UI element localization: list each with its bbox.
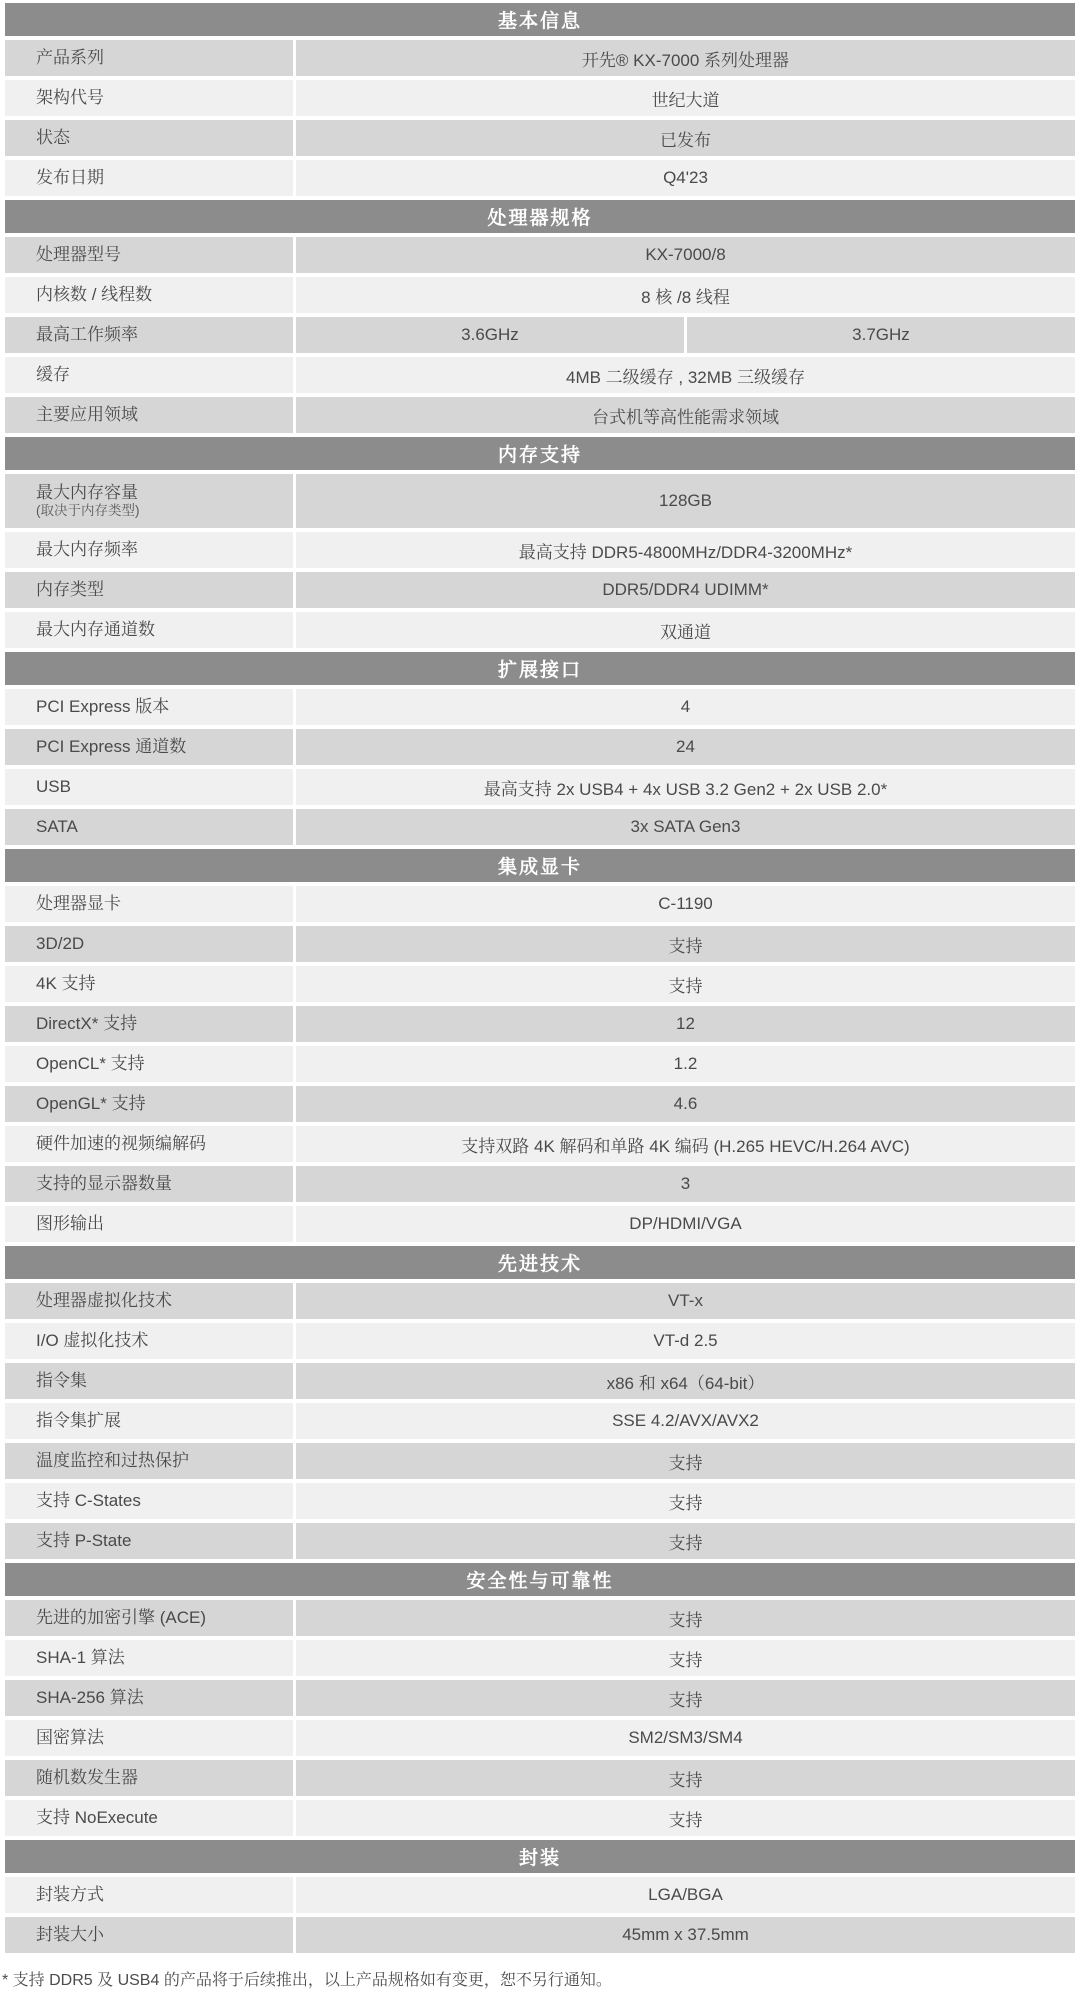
row-label: 支持 P-State	[36, 1530, 293, 1551]
section-title: 安全性与可靠性	[466, 1566, 613, 1593]
row-label: 主要应用领域	[36, 404, 293, 425]
row-label: USB	[36, 776, 293, 797]
spec-row: 封装方式LGA/BGA	[5, 1877, 1075, 1913]
spec-row: 架构代号世纪大道	[5, 80, 1075, 116]
row-value-cell: 45mm x 37.5mm	[296, 1917, 1075, 1953]
row-label: 国密算法	[36, 1727, 293, 1748]
row-label-cell: PCI Express 版本	[5, 689, 293, 725]
row-value-cell: 支持	[296, 926, 1075, 962]
row-label-cell: 先进的加密引擎 (ACE)	[5, 1600, 293, 1636]
spec-row: 封装大小45mm x 37.5mm	[5, 1917, 1075, 1953]
row-value-cell: LGA/BGA	[296, 1877, 1075, 1913]
row-value-cell: 支持	[296, 1760, 1075, 1796]
row-value-cell: 3x SATA Gen3	[296, 809, 1075, 845]
row-label: 先进的加密引擎 (ACE)	[36, 1607, 293, 1628]
row-value-cell: 最高支持 2x USB4 + 4x USB 3.2 Gen2 + 2x USB …	[296, 769, 1075, 805]
row-label: SHA-256 算法	[36, 1687, 293, 1708]
row-label: 产品系列	[36, 47, 293, 68]
section-header: 安全性与可靠性	[5, 1563, 1075, 1596]
row-label-cell: SHA-1 算法	[5, 1640, 293, 1676]
spec-row: 主要应用领域台式机等高性能需求领域	[5, 397, 1075, 433]
spec-row: PCI Express 版本4	[5, 689, 1075, 725]
row-value-cell: 支持	[296, 1483, 1075, 1519]
spec-row: 最大内存频率最高支持 DDR5-4800MHz/DDR4-3200MHz*	[5, 532, 1075, 568]
section-title: 集成显卡	[498, 852, 582, 879]
spec-row: 处理器显卡C-1190	[5, 886, 1075, 922]
row-label-cell: DirectX* 支持	[5, 1006, 293, 1042]
row-label: PCI Express 通道数	[36, 736, 293, 757]
spec-table: 基本信息产品系列开先® KX-7000 系列处理器架构代号世纪大道状态已发布发布…	[5, 3, 1075, 1953]
row-value-cell: 支持	[296, 1680, 1075, 1716]
row-value-cell: 24	[296, 729, 1075, 765]
row-label-cell: 支持 NoExecute	[5, 1800, 293, 1836]
row-value-cell: 支持	[296, 966, 1075, 1002]
row-label-cell: I/O 虚拟化技术	[5, 1323, 293, 1359]
spec-row: 内核数 / 线程数8 核 /8 线程	[5, 277, 1075, 313]
section-header: 基本信息	[5, 3, 1075, 36]
section-header: 内存支持	[5, 437, 1075, 470]
row-label-cell: 最大内存频率	[5, 532, 293, 568]
row-label: 处理器型号	[36, 244, 293, 265]
spec-row: 缓存4MB 二级缓存 , 32MB 三级缓存	[5, 357, 1075, 393]
spec-row: 内存类型DDR5/DDR4 UDIMM*	[5, 572, 1075, 608]
section-header: 集成显卡	[5, 849, 1075, 882]
section-title: 内存支持	[498, 440, 582, 467]
row-value-cell: 最高支持 DDR5-4800MHz/DDR4-3200MHz*	[296, 532, 1075, 568]
row-label: 封装方式	[36, 1884, 293, 1905]
row-value-cell: 4MB 二级缓存 , 32MB 三级缓存	[296, 357, 1075, 393]
spec-sheet-page: 基本信息产品系列开先® KX-7000 系列处理器架构代号世纪大道状态已发布发布…	[0, 0, 1080, 2000]
row-value-cell: 台式机等高性能需求领域	[296, 397, 1075, 433]
section-header: 封装	[5, 1840, 1075, 1873]
row-label-cell: 产品系列	[5, 40, 293, 76]
row-label-cell: 状态	[5, 120, 293, 156]
row-label-cell: 温度监控和过热保护	[5, 1443, 293, 1479]
row-label: 处理器虚拟化技术	[36, 1290, 293, 1311]
row-label: 架构代号	[36, 87, 293, 108]
row-label: 最大内存频率	[36, 539, 293, 560]
spec-row: 4K 支持支持	[5, 966, 1075, 1002]
row-label: 最大内存容量	[36, 482, 293, 503]
row-value-cell: 3.6GHz	[296, 317, 684, 353]
row-label-cell: USB	[5, 769, 293, 805]
spec-row: USB最高支持 2x USB4 + 4x USB 3.2 Gen2 + 2x U…	[5, 769, 1075, 805]
spec-row: 支持的显示器数量3	[5, 1166, 1075, 1202]
spec-row: 3D/2D支持	[5, 926, 1075, 962]
spec-row: 随机数发生器支持	[5, 1760, 1075, 1796]
row-label-cell: SHA-256 算法	[5, 1680, 293, 1716]
row-label-cell: 架构代号	[5, 80, 293, 116]
row-label-cell: 支持 P-State	[5, 1523, 293, 1559]
row-label-cell: 图形输出	[5, 1206, 293, 1242]
row-label-cell: 硬件加速的视频编解码	[5, 1126, 293, 1162]
spec-row: SATA3x SATA Gen3	[5, 809, 1075, 845]
row-label-cell: 最大内存通道数	[5, 612, 293, 648]
row-label-cell: 最高工作频率	[5, 317, 293, 353]
row-label-cell: 随机数发生器	[5, 1760, 293, 1796]
row-label: 指令集	[36, 1370, 293, 1391]
row-label: 图形输出	[36, 1213, 293, 1234]
row-label-cell: 封装大小	[5, 1917, 293, 1953]
spec-row: 最大内存容量(取决于内存类型)128GB	[5, 474, 1075, 528]
row-label: 3D/2D	[36, 933, 293, 954]
spec-row: I/O 虚拟化技术VT-d 2.5	[5, 1323, 1075, 1359]
spec-row: PCI Express 通道数24	[5, 729, 1075, 765]
row-label: 4K 支持	[36, 973, 293, 994]
spec-row: 支持 NoExecute支持	[5, 1800, 1075, 1836]
spec-row: 支持 C-States支持	[5, 1483, 1075, 1519]
row-label: SHA-1 算法	[36, 1647, 293, 1668]
row-label: DirectX* 支持	[36, 1013, 293, 1034]
row-value-cell: 支持	[296, 1523, 1075, 1559]
row-label: OpenCL* 支持	[36, 1053, 293, 1074]
row-label-cell: PCI Express 通道数	[5, 729, 293, 765]
section-header: 先进技术	[5, 1246, 1075, 1279]
row-value-cell: DDR5/DDR4 UDIMM*	[296, 572, 1075, 608]
row-label: 缓存	[36, 364, 293, 385]
row-label-cell: 内核数 / 线程数	[5, 277, 293, 313]
row-label: SATA	[36, 816, 293, 837]
spec-row: OpenGL* 支持4.6	[5, 1086, 1075, 1122]
row-label: 支持 NoExecute	[36, 1807, 293, 1828]
row-label-cell: 处理器显卡	[5, 886, 293, 922]
section-title: 先进技术	[498, 1249, 582, 1276]
row-label: OpenGL* 支持	[36, 1093, 293, 1114]
spec-row: 最大内存通道数双通道	[5, 612, 1075, 648]
row-value-cell: 已发布	[296, 120, 1075, 156]
spec-row: 先进的加密引擎 (ACE)支持	[5, 1600, 1075, 1636]
row-label-cell: 支持的显示器数量	[5, 1166, 293, 1202]
row-label-cell: OpenCL* 支持	[5, 1046, 293, 1082]
row-label-cell: 主要应用领域	[5, 397, 293, 433]
row-label: 最大内存通道数	[36, 619, 293, 640]
row-label: 支持的显示器数量	[36, 1173, 293, 1194]
row-label-cell: 发布日期	[5, 160, 293, 196]
row-value-cell: Q4'23	[296, 160, 1075, 196]
row-label: 支持 C-States	[36, 1490, 293, 1511]
row-label-cell: 指令集	[5, 1363, 293, 1399]
row-value-cell: 3.7GHz	[687, 317, 1075, 353]
row-value-cell: 支持	[296, 1600, 1075, 1636]
row-value-cell: 双通道	[296, 612, 1075, 648]
row-value-cell: KX-7000/8	[296, 237, 1075, 273]
section-title: 封装	[519, 1843, 561, 1870]
row-label: 状态	[36, 127, 293, 148]
row-label-cell: 封装方式	[5, 1877, 293, 1913]
row-label-cell: 指令集扩展	[5, 1403, 293, 1439]
row-label: 处理器显卡	[36, 893, 293, 914]
section-header: 扩展接口	[5, 652, 1075, 685]
spec-row: 状态已发布	[5, 120, 1075, 156]
row-value-cell: 支持	[296, 1443, 1075, 1479]
row-value-cell: SSE 4.2/AVX/AVX2	[296, 1403, 1075, 1439]
spec-row: DirectX* 支持12	[5, 1006, 1075, 1042]
row-value-cell: VT-x	[296, 1283, 1075, 1319]
row-label: 最高工作频率	[36, 324, 293, 345]
section-title: 基本信息	[498, 6, 582, 33]
row-value-cell: 4	[296, 689, 1075, 725]
spec-row: SHA-256 算法支持	[5, 1680, 1075, 1716]
spec-row: 产品系列开先® KX-7000 系列处理器	[5, 40, 1075, 76]
spec-row: 处理器型号KX-7000/8	[5, 237, 1075, 273]
spec-row: 发布日期Q4'23	[5, 160, 1075, 196]
row-label: 温度监控和过热保护	[36, 1450, 293, 1471]
row-value-cell: 128GB	[296, 474, 1075, 528]
row-label: 内存类型	[36, 579, 293, 600]
row-value-cell: 世纪大道	[296, 80, 1075, 116]
row-label-cell: 4K 支持	[5, 966, 293, 1002]
row-label: 内核数 / 线程数	[36, 284, 293, 305]
spec-row: OpenCL* 支持1.2	[5, 1046, 1075, 1082]
row-value-cell: SM2/SM3/SM4	[296, 1720, 1075, 1756]
section-title: 处理器规格	[487, 203, 592, 230]
row-value-cell: 4.6	[296, 1086, 1075, 1122]
row-label: PCI Express 版本	[36, 696, 293, 717]
row-label: 指令集扩展	[36, 1410, 293, 1431]
row-value-cell: 开先® KX-7000 系列处理器	[296, 40, 1075, 76]
row-value-cell: x86 和 x64（64-bit）	[296, 1363, 1075, 1399]
row-label: 随机数发生器	[36, 1767, 293, 1788]
row-value-cell: 1.2	[296, 1046, 1075, 1082]
row-value-cell: 12	[296, 1006, 1075, 1042]
row-label: 发布日期	[36, 167, 293, 188]
row-label: I/O 虚拟化技术	[36, 1330, 293, 1351]
section-header: 处理器规格	[5, 200, 1075, 233]
row-value-cell: 8 核 /8 线程	[296, 277, 1075, 313]
row-sublabel: (取决于内存类型)	[36, 503, 293, 520]
row-label-cell: 最大内存容量(取决于内存类型)	[5, 474, 293, 528]
row-value-cell: C-1190	[296, 886, 1075, 922]
spec-row: 处理器虚拟化技术VT-x	[5, 1283, 1075, 1319]
row-value-cell: VT-d 2.5	[296, 1323, 1075, 1359]
spec-row: 图形输出DP/HDMI/VGA	[5, 1206, 1075, 1242]
spec-row: SHA-1 算法支持	[5, 1640, 1075, 1676]
row-value-cell: 3	[296, 1166, 1075, 1202]
row-label: 硬件加速的视频编解码	[36, 1133, 293, 1154]
spec-row: 指令集扩展SSE 4.2/AVX/AVX2	[5, 1403, 1075, 1439]
row-label-cell: 国密算法	[5, 1720, 293, 1756]
spec-row: 最高工作频率3.6GHz3.7GHz	[5, 317, 1075, 353]
row-value-cell: DP/HDMI/VGA	[296, 1206, 1075, 1242]
row-label-cell: OpenGL* 支持	[5, 1086, 293, 1122]
spec-row: 温度监控和过热保护支持	[5, 1443, 1075, 1479]
row-value-cell: 支持	[296, 1800, 1075, 1836]
row-label-cell: 处理器虚拟化技术	[5, 1283, 293, 1319]
row-label-cell: SATA	[5, 809, 293, 845]
row-label-cell: 处理器型号	[5, 237, 293, 273]
row-value-cell: 支持双路 4K 解码和单路 4K 编码 (H.265 HEVC/H.264 AV…	[296, 1126, 1075, 1162]
row-label: 封装大小	[36, 1924, 293, 1945]
footnote-text: * 支持 DDR5 及 USB4 的产品将于后续推出，以上产品规格如有变更，恕不…	[2, 1967, 1075, 1990]
row-label-cell: 支持 C-States	[5, 1483, 293, 1519]
row-label-cell: 缓存	[5, 357, 293, 393]
spec-row: 指令集x86 和 x64（64-bit）	[5, 1363, 1075, 1399]
row-label-cell: 3D/2D	[5, 926, 293, 962]
spec-row: 支持 P-State支持	[5, 1523, 1075, 1559]
spec-row: 国密算法SM2/SM3/SM4	[5, 1720, 1075, 1756]
row-value-cell: 支持	[296, 1640, 1075, 1676]
section-title: 扩展接口	[498, 655, 582, 682]
spec-row: 硬件加速的视频编解码支持双路 4K 解码和单路 4K 编码 (H.265 HEV…	[5, 1126, 1075, 1162]
row-label-cell: 内存类型	[5, 572, 293, 608]
